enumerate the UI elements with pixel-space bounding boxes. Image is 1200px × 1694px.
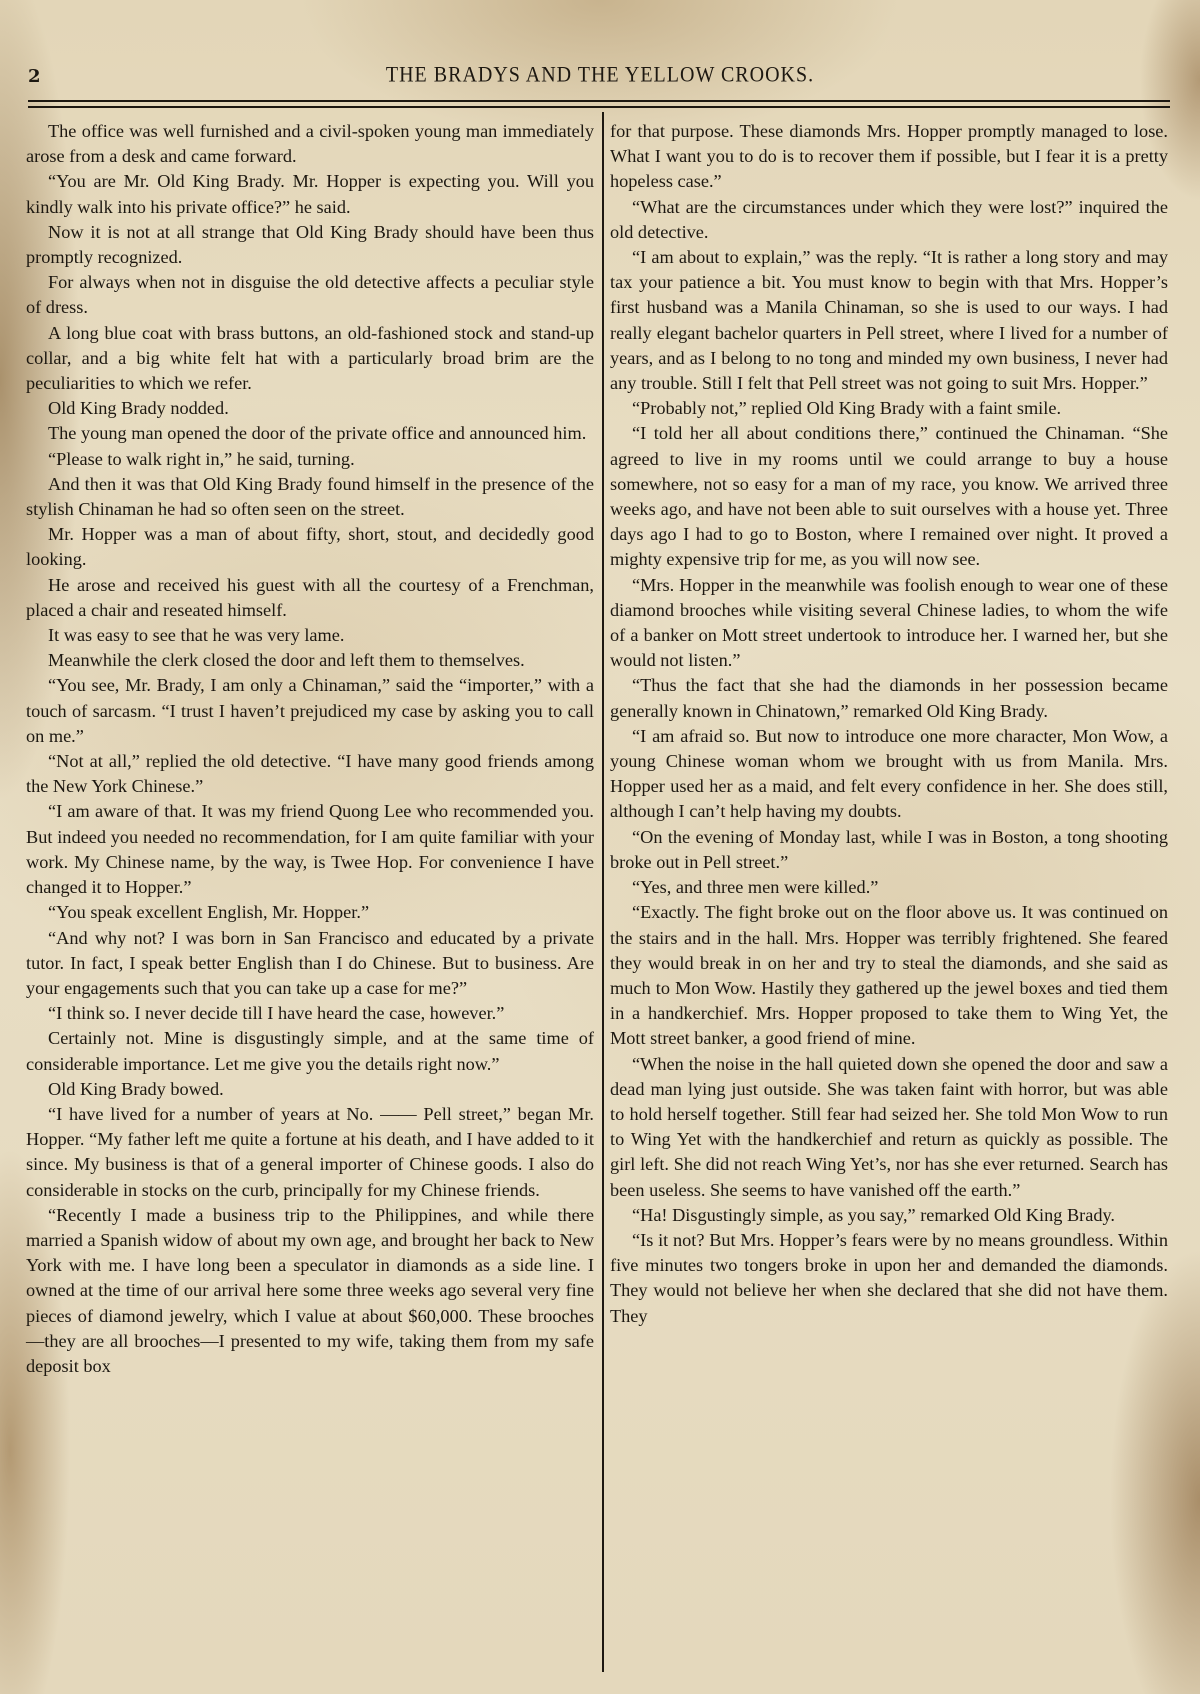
- paragraph: He arose and received his guest with all…: [26, 573, 594, 623]
- paragraph: “I am about to explain,” was the reply. …: [610, 245, 1168, 396]
- paragraph: “You see, Mr. Brady, I am only a Chinama…: [26, 673, 594, 749]
- paragraph: And then it was that Old King Brady foun…: [26, 472, 594, 522]
- paragraph: Now it is not at all strange that Old Ki…: [26, 220, 594, 270]
- paragraph: “When the noise in the hall quieted down…: [610, 1052, 1168, 1203]
- paragraph: Meanwhile the clerk closed the door and …: [26, 648, 594, 673]
- paragraph: “On the evening of Monday last, while I …: [610, 825, 1168, 875]
- paragraph: “Probably not,” replied Old King Brady w…: [610, 396, 1168, 421]
- paragraph: The office was well furnished and a civi…: [26, 119, 594, 169]
- paragraph: “Please to walk right in,” he said, turn…: [26, 447, 594, 472]
- paragraph: “Is it not? But Mrs. Hopper’s fears were…: [610, 1228, 1168, 1329]
- left-column: The office was well furnished and a civi…: [26, 119, 594, 1379]
- paragraph: “I have lived for a number of years at N…: [26, 1102, 594, 1203]
- paragraph: “I think so. I never decide till I have …: [26, 1001, 594, 1026]
- paragraph: “Mrs. Hopper in the meanwhile was foolis…: [610, 573, 1168, 674]
- paragraph: “What are the circumstances under which …: [610, 195, 1168, 245]
- paragraph: The young man opened the door of the pri…: [26, 421, 594, 446]
- paragraph: “Recently I made a business trip to the …: [26, 1203, 594, 1379]
- paragraph: A long blue coat with brass buttons, an …: [26, 321, 594, 397]
- continued-paragraph: for that purpose. These diamonds Mrs. Ho…: [610, 119, 1168, 195]
- paragraph: “Ha! Disgustingly simple, as you say,” r…: [610, 1203, 1168, 1228]
- header-rule-top: [28, 100, 1170, 102]
- paragraph: “You are Mr. Old King Brady. Mr. Hopper …: [26, 169, 594, 219]
- header-rule-bottom: [28, 106, 1170, 108]
- paragraph: Old King Brady bowed.: [26, 1077, 594, 1102]
- paragraph: “Thus the fact that she had the diamonds…: [610, 673, 1168, 723]
- paragraph: Mr. Hopper was a man of about fifty, sho…: [26, 522, 594, 572]
- paragraph: “I told her all about conditions there,”…: [610, 421, 1168, 572]
- running-title: THE BRADYS AND THE YELLOW CROOKS.: [0, 63, 1200, 88]
- paragraph: “Exactly. The fight broke out on the flo…: [610, 900, 1168, 1051]
- paragraph: “And why not? I was born in San Francisc…: [26, 926, 594, 1002]
- paragraph: “You speak excellent English, Mr. Hopper…: [26, 900, 594, 925]
- paragraph: “I am afraid so. But now to introduce on…: [610, 724, 1168, 825]
- paragraph: “I am aware of that. It was my friend Qu…: [26, 799, 594, 900]
- paragraph: Old King Brady nodded.: [26, 396, 594, 421]
- paragraph: It was easy to see that he was very lame…: [26, 623, 594, 648]
- paragraph: Certainly not. Mine is disgustingly simp…: [26, 1026, 594, 1076]
- paragraph: For always when not in disguise the old …: [26, 270, 594, 320]
- paragraph: “Yes, and three men were killed.”: [610, 875, 1168, 900]
- right-column: for that purpose. These diamonds Mrs. Ho…: [610, 119, 1168, 1329]
- column-divider: [602, 112, 604, 1672]
- paragraph: “Not at all,” replied the old detective.…: [26, 749, 594, 799]
